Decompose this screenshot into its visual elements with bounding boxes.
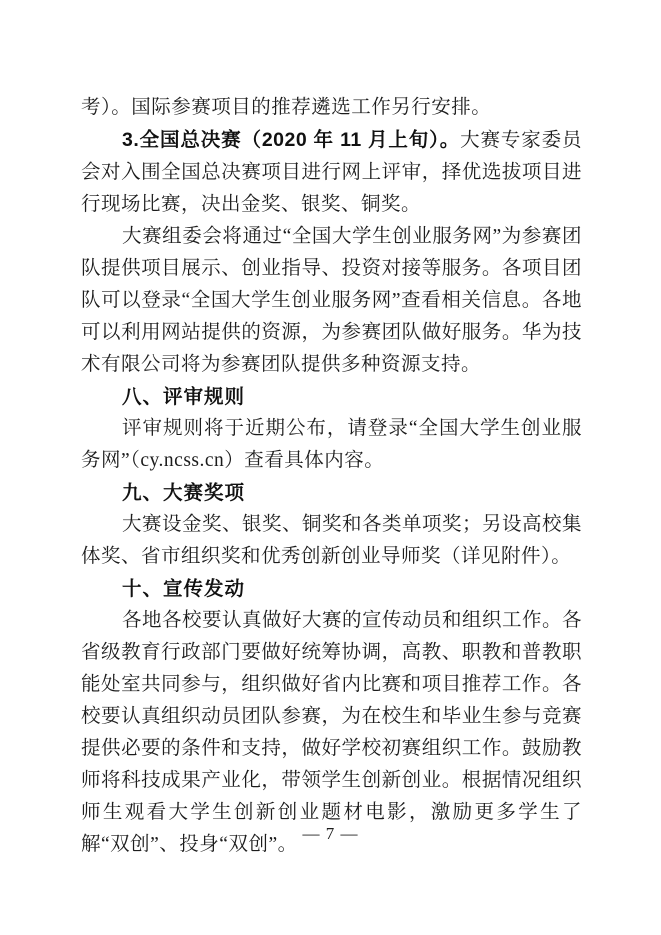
document-body: 考）。国际参赛项目的推荐遴选工作另行安排。 3.全国总决赛（2020 年 11 … — [81, 92, 582, 861]
paragraph-awards: 大赛设金奖、银奖、铜奖和各类单项奖；另设高校集体奖、省市组织奖和优秀创新创业导师… — [81, 509, 582, 573]
section-heading-review-rules: 八、评审规则 — [81, 381, 582, 413]
paragraph-service-network: 大赛组委会将通过“全国大学生创业服务网”为参赛团队提供项目展示、创业指导、投资对… — [81, 221, 582, 381]
section-heading-awards: 九、大赛奖项 — [81, 477, 582, 509]
paragraph-national-final: 3.全国总决赛（2020 年 11 月上旬）。大赛专家委员会对入围全国总决赛项目… — [81, 124, 582, 221]
page-number: — 7 — — [0, 823, 661, 845]
paragraph-review-rules: 评审规则将于近期公布，请登录“全国大学生创业服务网”（cy.ncss.cn）查看… — [81, 413, 582, 477]
document-page: 考）。国际参赛项目的推荐遴选工作另行安排。 3.全国总决赛（2020 年 11 … — [0, 0, 661, 935]
section-heading-publicity: 十、宣传发动 — [81, 573, 582, 605]
national-final-lead: 3.全国总决赛（2020 年 11 月上旬）。 — [122, 129, 460, 151]
paragraph-selection-note: 考）。国际参赛项目的推荐遴选工作另行安排。 — [81, 92, 582, 124]
